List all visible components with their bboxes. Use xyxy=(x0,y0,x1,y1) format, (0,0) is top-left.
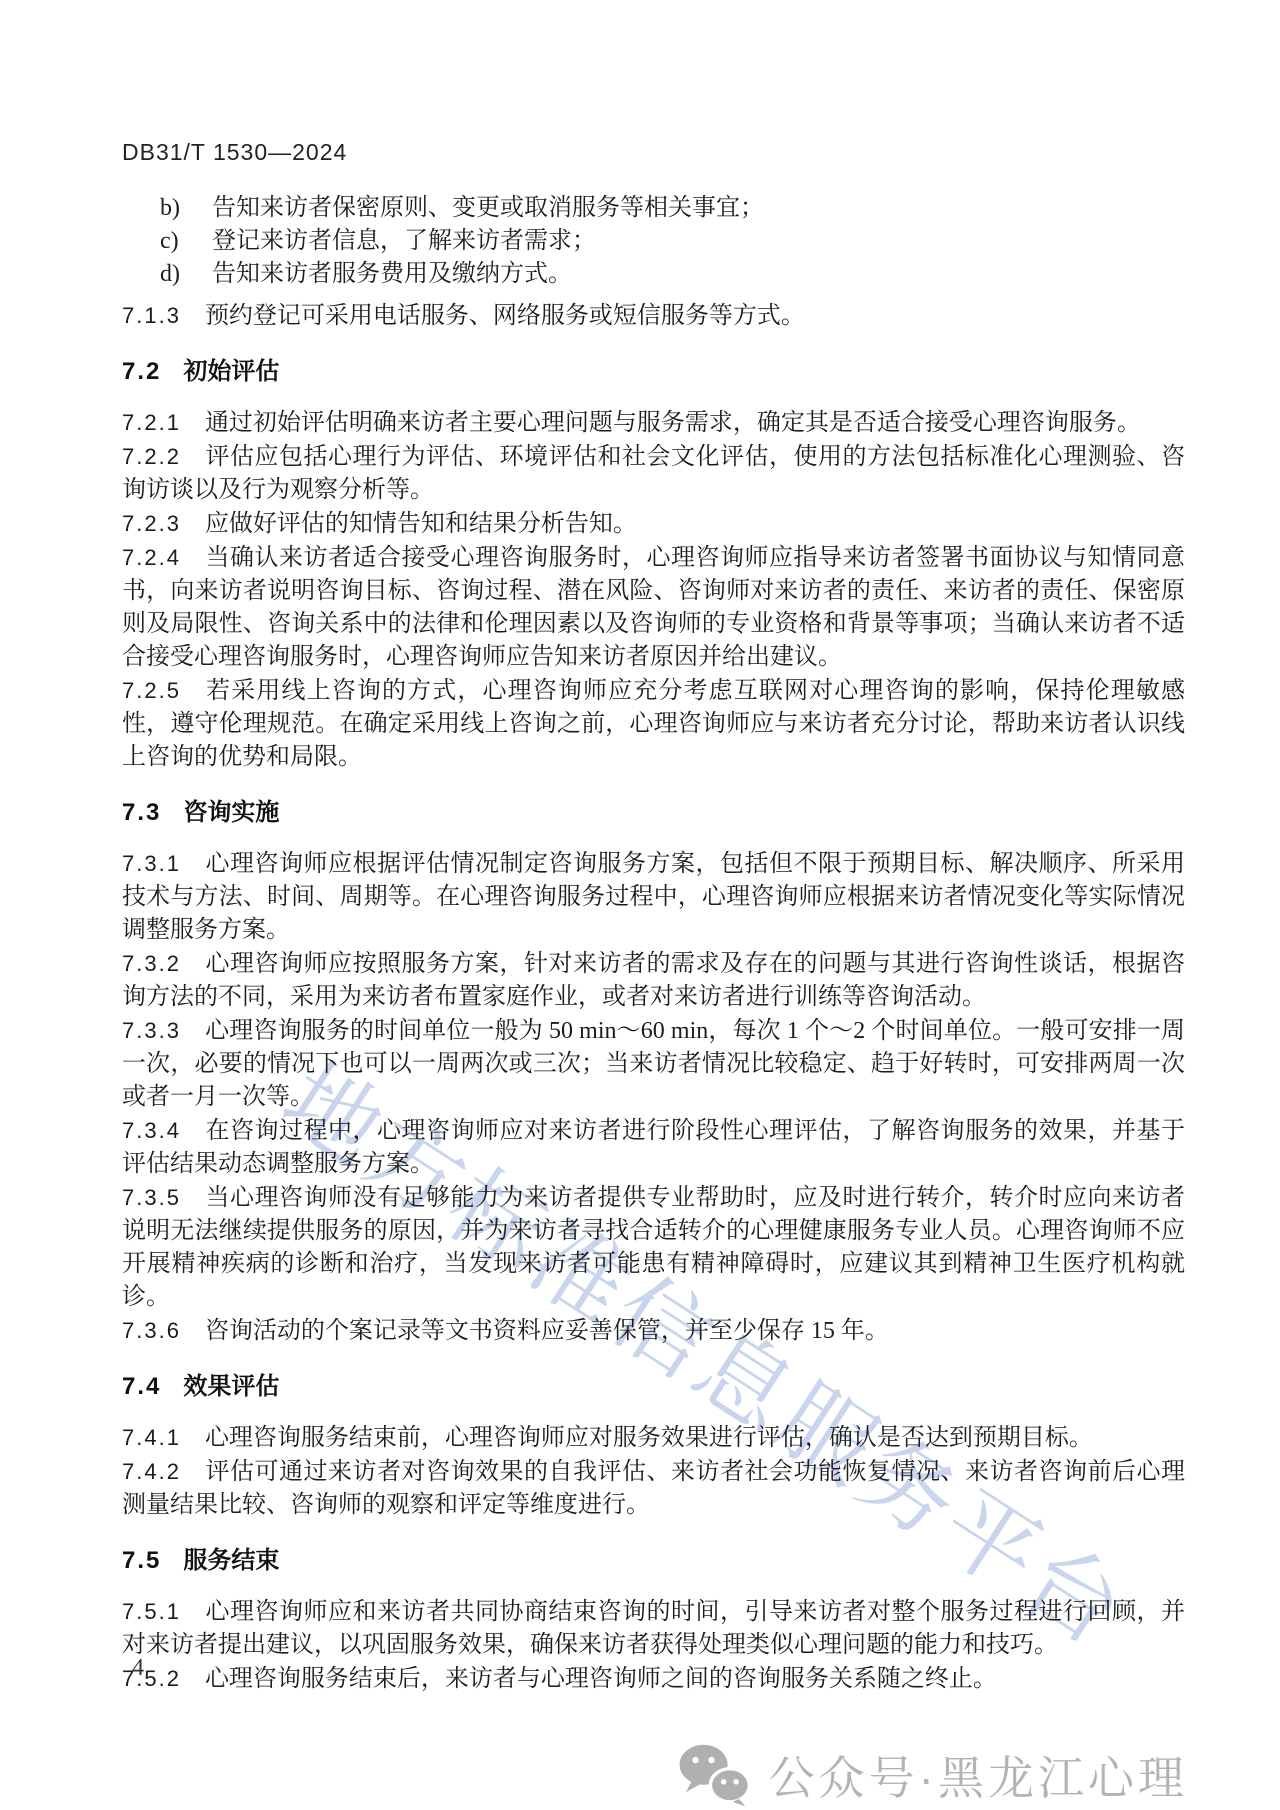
wechat-account-label: 公众号·黑龙江心理 xyxy=(769,1742,1188,1808)
clause-7-5-1: 7.5.1心理咨询师应和来访者共同协商结束咨询的时间，引导来访者对整个服务过程进… xyxy=(122,1595,1185,1662)
clause-number: 7.2.4 xyxy=(122,545,181,570)
clause-text: 心理咨询师应按照服务方案，针对来访者的需求及存在的问题与其进行咨询性谈话，根据咨… xyxy=(122,951,1185,1010)
list-item: d)告知来访者服务费用及缴纳方式。 xyxy=(122,258,1185,291)
document-number-header: DB31/T 1530—2024 xyxy=(122,138,1185,166)
clause-text: 评估可通过来访者对咨询效果的自我评估、来访者社会功能恢复情况、来访者咨询前后心理… xyxy=(122,1459,1185,1518)
wechat-icon xyxy=(677,1743,753,1807)
section-title: 服务结束 xyxy=(183,1547,279,1574)
clause-7-2-4: 7.2.4当确认来访者适合接受心理咨询服务时，心理咨询师应指导来访者签署书面协议… xyxy=(122,541,1185,674)
clause-text: 当心理咨询师没有足够能力为来访者提供专业帮助时，应及时进行转介，转介时应向来访者… xyxy=(122,1185,1185,1310)
clause-7-2-1: 7.2.1通过初始评估明确来访者主要心理问题与服务需求，确定其是否适合接受心理咨… xyxy=(122,406,1185,440)
clause-7-1-3: 7.1.3预约登记可采用电话服务、网络服务或短信服务等方式。 xyxy=(122,299,1185,333)
clause-text: 预约登记可采用电话服务、网络服务或短信服务等方式。 xyxy=(205,303,805,329)
list-item-text: 告知来访者保密原则、变更或取消服务等相关事宜； xyxy=(212,195,764,221)
clause-number: 7.3.6 xyxy=(122,1318,181,1343)
clause-text: 心理咨询师应根据评估情况制定咨询服务方案，包括但不限于预期目标、解决顺序、所采用… xyxy=(122,851,1185,943)
clause-number: 7.4.2 xyxy=(122,1459,181,1484)
document-page: DB31/T 1530—2024 b)告知来访者保密原则、变更或取消服务等相关事… xyxy=(122,138,1185,1696)
list-item-marker: b) xyxy=(160,192,212,225)
clause-text: 应做好评估的知情告知和结果分析告知。 xyxy=(205,511,637,537)
clause-text: 心理咨询服务的时间单位一般为 50 min～60 min，每次 1 个～2 个时… xyxy=(122,1018,1185,1110)
section-heading-7-5: 7.5服务结束 xyxy=(122,1546,1185,1576)
clause-7-3-2: 7.3.2心理咨询师应按照服务方案，针对来访者的需求及存在的问题与其进行咨询性谈… xyxy=(122,947,1185,1014)
list-item-marker: d) xyxy=(160,258,212,291)
section-title: 咨询实施 xyxy=(183,799,279,826)
clause-number: 7.4.1 xyxy=(122,1425,181,1450)
clause-text: 评估应包括心理行为评估、环境评估和社会文化评估，使用的方法包括标准化心理测验、咨… xyxy=(122,444,1185,503)
clause-number: 7.2.3 xyxy=(122,511,181,536)
clause-7-3-5: 7.3.5当心理咨询师没有足够能力为来访者提供专业帮助时，应及时进行转介，转介时… xyxy=(122,1181,1185,1314)
clause-text: 在咨询过程中，心理咨询师应对来访者进行阶段性心理评估，了解咨询服务的效果，并基于… xyxy=(122,1118,1185,1177)
clause-7-3-1: 7.3.1心理咨询师应根据评估情况制定咨询服务方案，包括但不限于预期目标、解决顺… xyxy=(122,847,1185,947)
clause-number: 7.2.5 xyxy=(122,678,181,703)
clause-text: 咨询活动的个案记录等文书资料应妥善保管，并至少保存 15 年。 xyxy=(205,1318,889,1344)
clause-number: 7.5.1 xyxy=(122,1599,181,1624)
section-number: 7.2 xyxy=(122,358,161,385)
list-item-text: 登记来访者信息，了解来访者需求； xyxy=(212,228,596,254)
clause-number: 7.3.1 xyxy=(122,851,181,876)
clause-7-3-4: 7.3.4在咨询过程中，心理咨询师应对来访者进行阶段性心理评估，了解咨询服务的效… xyxy=(122,1114,1185,1181)
clause-number: 7.2.1 xyxy=(122,410,181,435)
clause-7-4-1: 7.4.1心理咨询服务结束前，心理咨询师应对服务效果进行评估，确认是否达到预期目… xyxy=(122,1421,1185,1455)
clause-text: 心理咨询服务结束前，心理咨询师应对服务效果进行评估，确认是否达到预期目标。 xyxy=(205,1425,1093,1451)
clause-text: 通过初始评估明确来访者主要心理问题与服务需求，确定其是否适合接受心理咨询服务。 xyxy=(205,410,1141,436)
clause-number: 7.3.2 xyxy=(122,951,181,976)
section-heading-7-4: 7.4效果评估 xyxy=(122,1372,1185,1402)
clause-text: 心理咨询服务结束后，来访者与心理咨询师之间的咨询服务关系随之终止。 xyxy=(205,1666,997,1692)
section-number: 7.3 xyxy=(122,799,161,826)
section-title: 效果评估 xyxy=(183,1373,279,1400)
clause-7-2-5: 7.2.5若采用线上咨询的方式，心理咨询师应充分考虑互联网对心理咨询的影响，保持… xyxy=(122,674,1185,774)
list-item: c)登记来访者信息，了解来访者需求； xyxy=(122,225,1185,258)
clause-number: 7.3.3 xyxy=(122,1018,181,1043)
clause-7-2-2: 7.2.2评估应包括心理行为评估、环境评估和社会文化评估，使用的方法包括标准化心… xyxy=(122,440,1185,507)
clause-number: 7.3.5 xyxy=(122,1185,181,1210)
clause-7-2-3: 7.2.3应做好评估的知情告知和结果分析告知。 xyxy=(122,507,1185,541)
clause-7-3-3: 7.3.3心理咨询服务的时间单位一般为 50 min～60 min，每次 1 个… xyxy=(122,1014,1185,1114)
clause-text: 当确认来访者适合接受心理咨询服务时，心理咨询师应指导来访者签署书面协议与知情同意… xyxy=(122,545,1185,670)
clause-number: 7.3.4 xyxy=(122,1118,181,1143)
list-item-text: 告知来访者服务费用及缴纳方式。 xyxy=(212,261,572,287)
clause-7-3-6: 7.3.6咨询活动的个案记录等文书资料应妥善保管，并至少保存 15 年。 xyxy=(122,1314,1185,1348)
list-item-marker: c) xyxy=(160,225,212,258)
clause-text: 心理咨询师应和来访者共同协商结束咨询的时间，引导来访者对整个服务过程进行回顾，并… xyxy=(122,1599,1185,1658)
clause-number: 7.2.2 xyxy=(122,444,181,469)
clause-number: 7.1.3 xyxy=(122,303,181,328)
list-item: b)告知来访者保密原则、变更或取消服务等相关事宜； xyxy=(122,192,1185,225)
section-heading-7-2: 7.2初始评估 xyxy=(122,357,1185,387)
clause-7-5-2: 7.5.2心理咨询服务结束后，来访者与心理咨询师之间的咨询服务关系随之终止。 xyxy=(122,1662,1185,1696)
section-title: 初始评估 xyxy=(183,358,279,385)
page-number: 4 xyxy=(132,1655,144,1682)
section-heading-7-3: 7.3咨询实施 xyxy=(122,798,1185,828)
clause-text: 若采用线上咨询的方式，心理咨询师应充分考虑互联网对心理咨询的影响，保持伦理敏感性… xyxy=(122,678,1185,770)
section-number: 7.4 xyxy=(122,1373,161,1400)
clause-number: 7.5.2 xyxy=(122,1666,181,1691)
clause-7-4-2: 7.4.2评估可通过来访者对咨询效果的自我评估、来访者社会功能恢复情况、来访者咨… xyxy=(122,1455,1185,1522)
section-number: 7.5 xyxy=(122,1547,161,1574)
wechat-account-badge: 公众号·黑龙江心理 xyxy=(677,1742,1188,1808)
